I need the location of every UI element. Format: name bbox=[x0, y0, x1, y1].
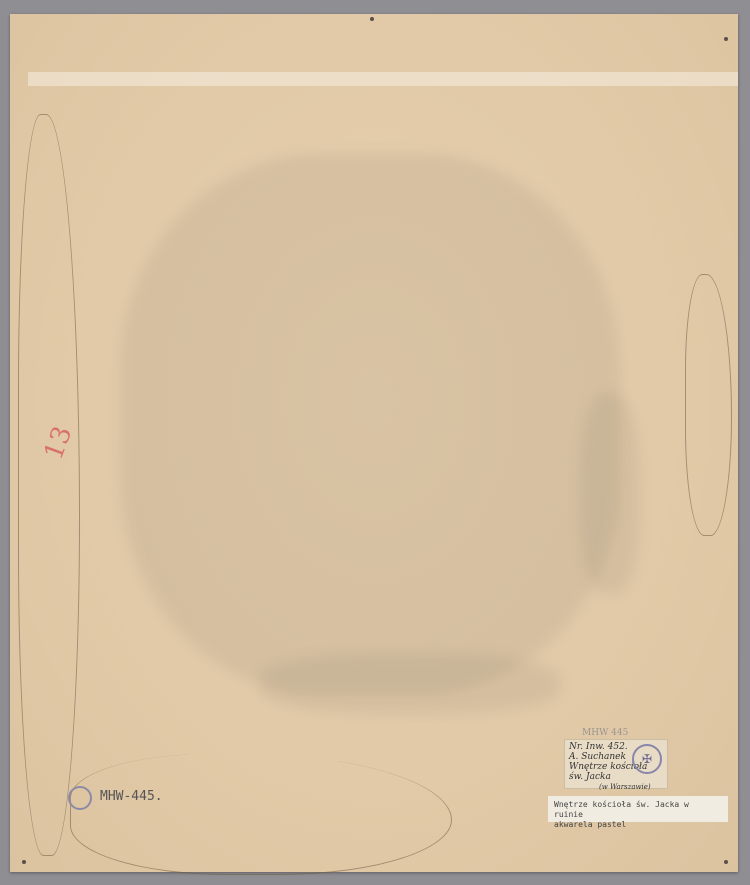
museum-code: MHW-445. bbox=[100, 789, 163, 804]
stain bbox=[580, 394, 640, 594]
typed-label: Wnętrze kościoła św. Jacka w ruinie akwa… bbox=[548, 796, 728, 822]
stain bbox=[120, 154, 620, 694]
pin-hole bbox=[724, 860, 728, 864]
pin-hole bbox=[370, 17, 374, 21]
paper-tear-bottom bbox=[70, 754, 452, 875]
eagle-seal-icon: ✠ bbox=[632, 744, 662, 774]
pin-hole bbox=[724, 37, 728, 41]
museum-stamp-icon bbox=[68, 786, 92, 810]
pin-hole bbox=[22, 860, 26, 864]
paper-tear-right bbox=[685, 274, 732, 536]
pencil-note: MHW 445 bbox=[582, 728, 628, 738]
typed-title: Wnętrze kościoła św. Jacka w ruinie bbox=[554, 800, 722, 820]
tape-strip bbox=[28, 72, 738, 86]
stain bbox=[260, 654, 560, 714]
typed-medium: akwarela pastel bbox=[554, 820, 722, 830]
paper-tear-left bbox=[18, 114, 80, 856]
label-line: (w Warszawie) bbox=[569, 782, 663, 792]
